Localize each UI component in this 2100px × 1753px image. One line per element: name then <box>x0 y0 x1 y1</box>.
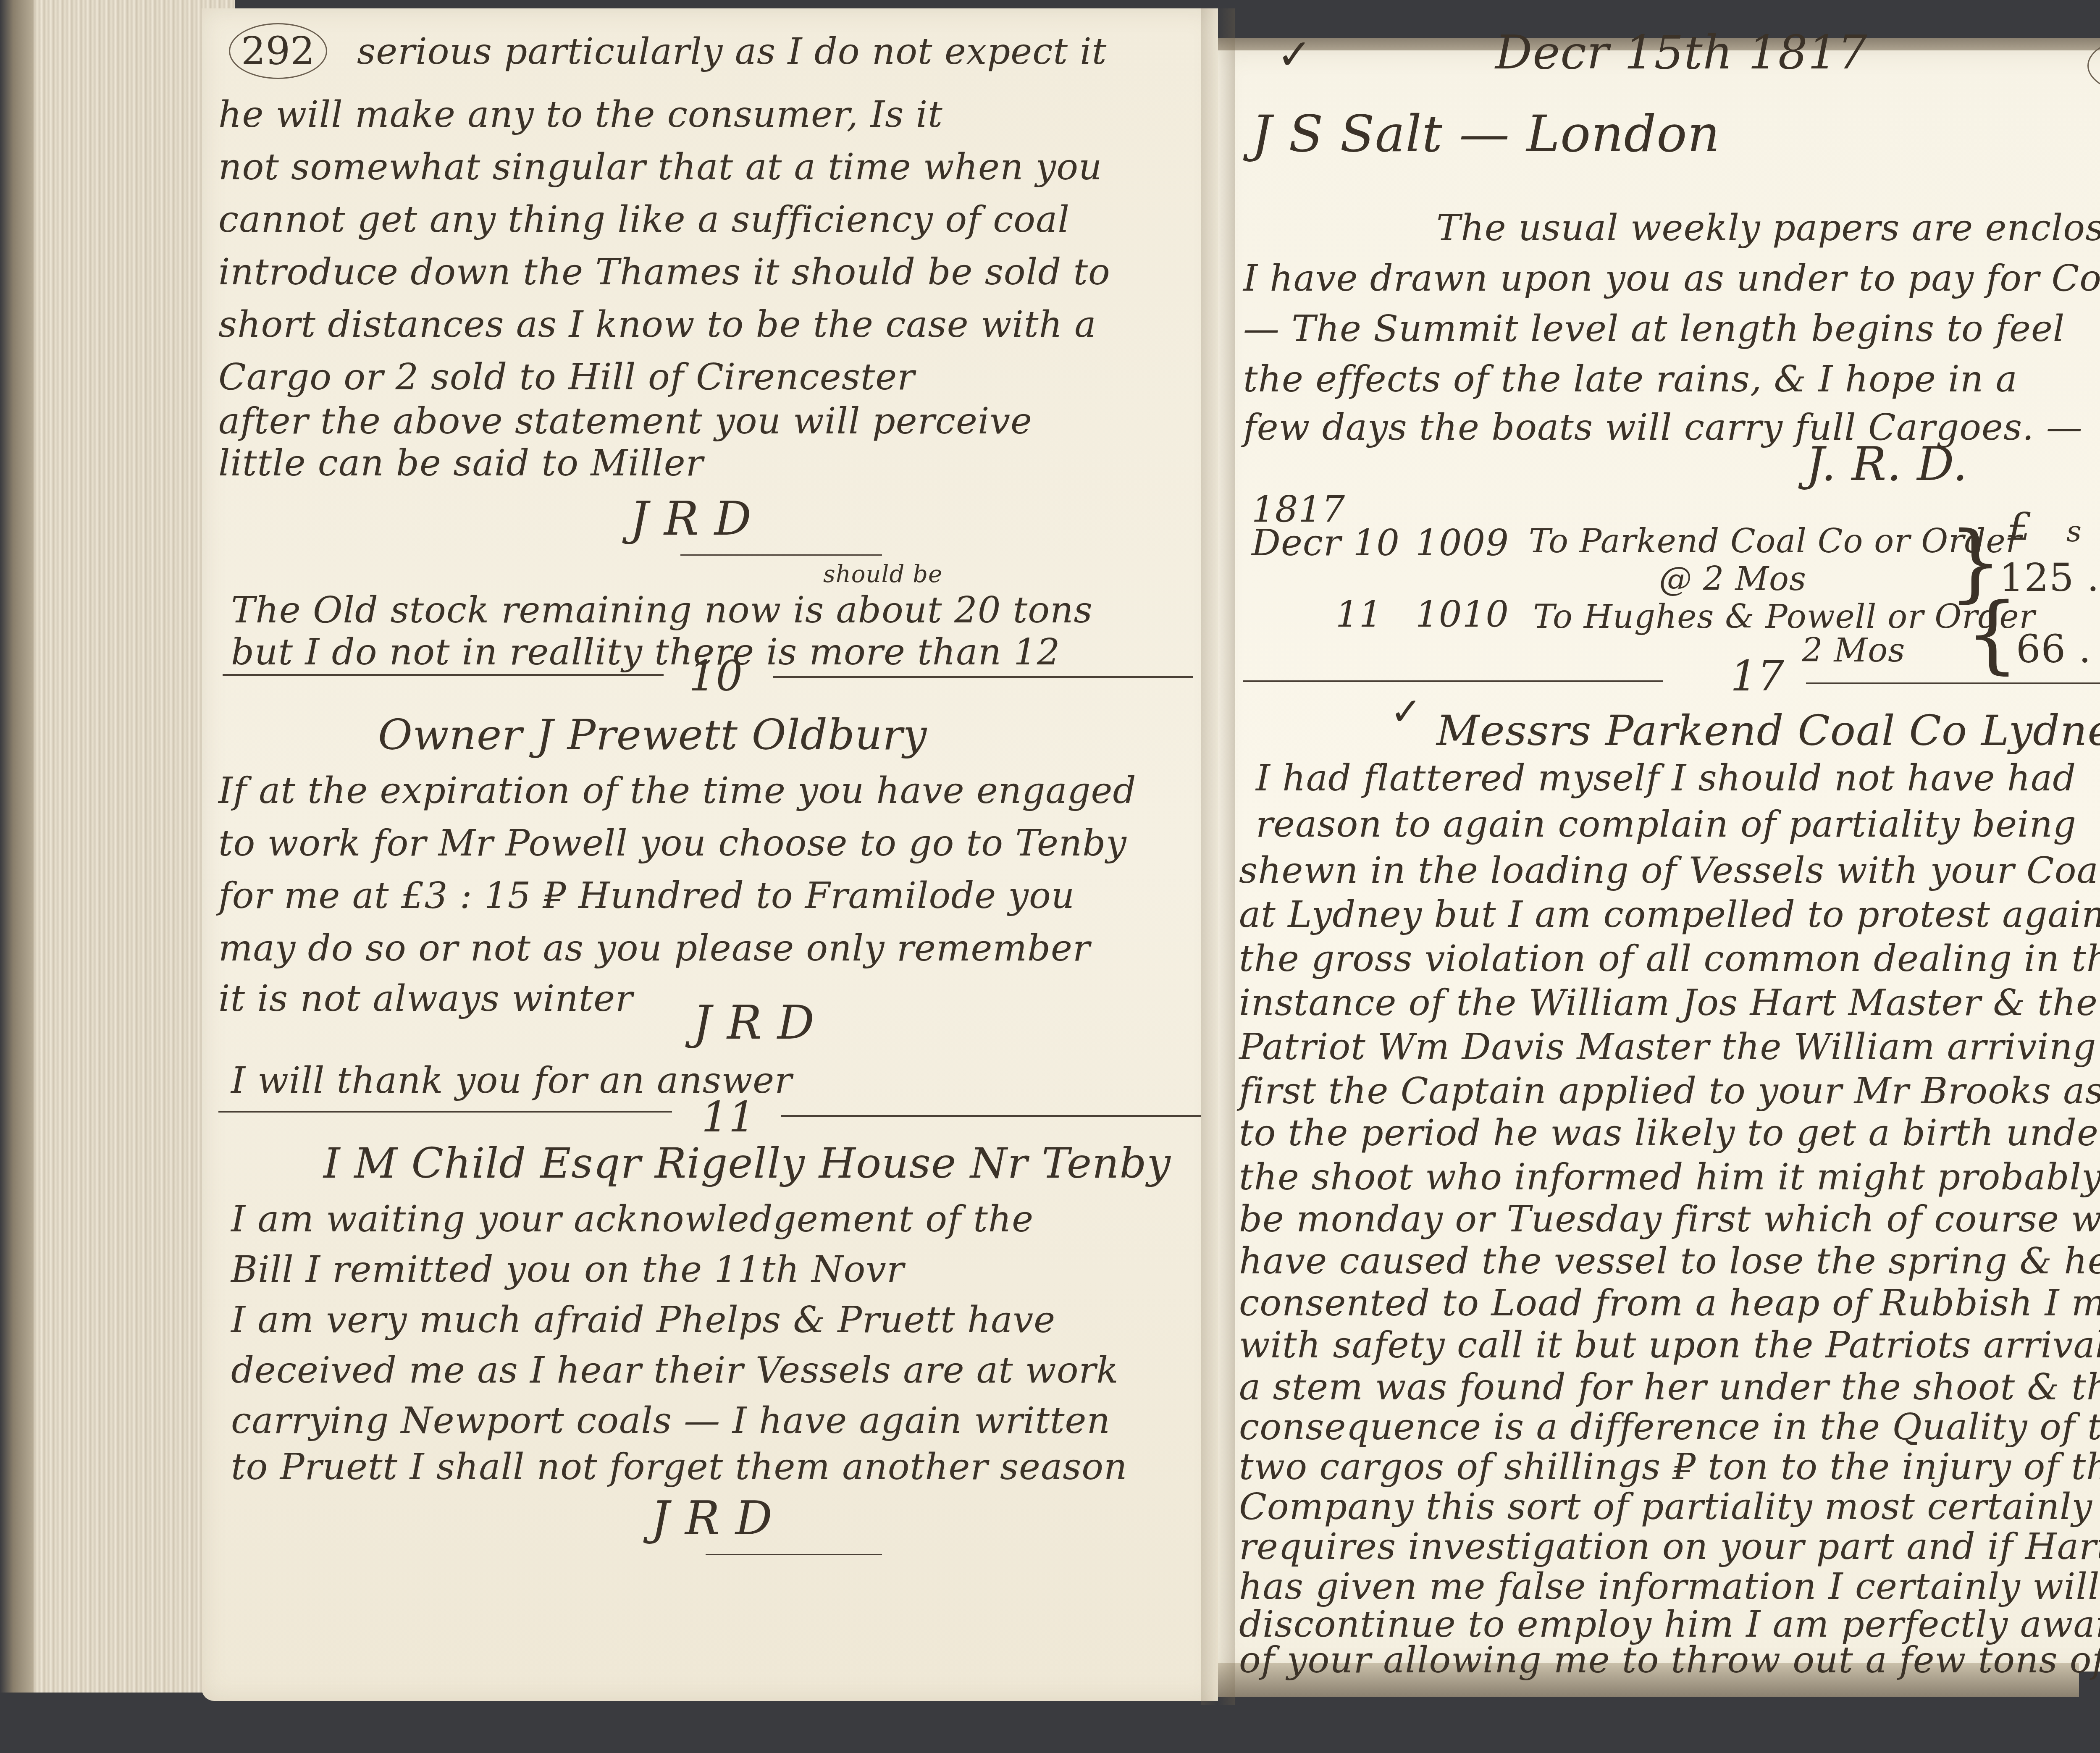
text-line: for me at £3 : 15 ₽ Hundred to Framilode… <box>218 878 1075 914</box>
book-gutter <box>1201 8 1235 1705</box>
text-line: Company this sort of partiality most cer… <box>1239 1489 2092 1525</box>
page-number-left: 292 <box>229 23 327 79</box>
torn-cover-edge <box>0 0 34 1693</box>
check-mark-icon: ✓ <box>1277 34 1312 76</box>
ledger-amount: 66 . 17 . 7 <box>2016 630 2100 669</box>
text-line: not somewhat singular that at a time whe… <box>218 149 1102 185</box>
text-line: serious particularly as I do not expect … <box>357 34 1107 70</box>
addressee: Messrs Parkend Coal Co Lydney <box>1436 710 2100 752</box>
ledger-date: 11 <box>1336 596 1382 632</box>
signature: J R D <box>630 496 752 542</box>
text-line: I have drawn upon you as under to pay fo… <box>1243 260 2100 297</box>
text-line: consequence is a difference in the Quali… <box>1239 1409 2100 1445</box>
addressee: Owner J Prewett Oldbury <box>378 714 927 756</box>
entry-divider <box>1243 680 1663 682</box>
signature-underline <box>680 554 882 556</box>
text-line: it is not always winter <box>218 981 633 1017</box>
text-line: cannot get any thing like a sufficiency … <box>218 202 1070 238</box>
text-line: be monday or Tuesday first which of cour… <box>1239 1201 2100 1237</box>
text-line: — The Summit level at length begins to f… <box>1243 311 2065 347</box>
brace: { <box>1966 592 2019 676</box>
text-line: The Old stock remaining now is about 20 … <box>231 592 1093 628</box>
text-line: I am very much afraid Phelps & Pruett ha… <box>231 1302 1055 1338</box>
text-line: The usual weekly papers are enclosed <box>1436 210 2100 246</box>
text-line: the gross violation of all common dealin… <box>1239 941 2100 977</box>
text-line: I had flattered myself I should not have… <box>1256 760 2076 796</box>
entry-divider <box>223 674 664 676</box>
book-page-edges <box>0 0 235 1693</box>
text-line: carrying Newport coals — I have again wr… <box>231 1403 1110 1439</box>
ledger-payee: To Parkend Coal Co or Order <box>1529 525 2022 558</box>
text-line: two cargos of shillings ₽ ton to the inj… <box>1239 1449 2100 1485</box>
text-line: a stem was found for her under the shoot… <box>1239 1369 2100 1405</box>
text-line: at Lydney but I am compelled to protest … <box>1239 897 2100 933</box>
text-line: instance of the William Jos Hart Master … <box>1239 985 2098 1021</box>
ledger-date: Decr 10 <box>1252 525 1400 561</box>
text-line: little can be said to Miller <box>218 445 703 481</box>
entry-divider <box>781 1115 1201 1117</box>
date-heading: Decr 15th 1817 <box>1495 29 1867 76</box>
text-line: reason to again complain of partiality b… <box>1256 806 2076 842</box>
text-line: Patriot Wm Davis Master the William arri… <box>1239 1029 2096 1065</box>
addressee: I M Child Esqr Rigelly House Nr Tenby <box>323 1142 1171 1184</box>
text-line: If at the expiration of the time you hav… <box>218 773 1137 809</box>
signature: J R D <box>651 1495 773 1541</box>
text-line: first the Captain applied to your Mr Bro… <box>1239 1073 2100 1109</box>
entry-date: 10 <box>689 655 743 697</box>
insertion-text: should be <box>823 563 942 586</box>
ledger-number: 1010 <box>1415 596 1509 632</box>
entry-divider <box>773 676 1193 678</box>
text-line: Bill I remitted you on the 11th Novr <box>231 1252 904 1288</box>
text-line: to work for Mr Powell you choose to go t… <box>218 825 1127 861</box>
entry-date: 17 <box>1730 655 1785 697</box>
text-line: after the above statement you will perce… <box>218 403 1032 439</box>
text-line: discontinue to employ him I am perfectly… <box>1239 1606 2100 1643</box>
text-line: short distances as I know to be the case… <box>218 307 1097 343</box>
text-line: the shoot who informed him it might prob… <box>1239 1159 2100 1195</box>
entry-divider <box>1806 682 2100 684</box>
text-line: the effects of the late rains, & I hope … <box>1243 361 2018 397</box>
text-line: have caused the vessel to lose the sprin… <box>1239 1243 2100 1279</box>
text-line: but I do not in reallity there is more t… <box>231 634 1060 670</box>
check-mark-icon: ✓ <box>1390 693 1422 731</box>
text-line: with safety call it but upon the Patriot… <box>1239 1327 2100 1363</box>
text-line: deceived me as I hear their Vessels are … <box>231 1352 1119 1388</box>
signature-underline <box>706 1554 882 1555</box>
text-line: he will make any to the consumer, Is it <box>218 97 943 133</box>
entry-divider <box>218 1111 672 1113</box>
text-line: Cargo or 2 sold to Hill of Cirencester <box>218 359 915 395</box>
ledger-payee: To Hughes & Powell or Order <box>1533 601 2035 633</box>
text-line: to the period he was likely to get a bir… <box>1239 1115 2100 1151</box>
text-line: may do so or not as you please only reme… <box>218 930 1090 966</box>
ledger-terms: 2 Mos <box>1802 634 1905 667</box>
ledger-number: 1009 <box>1415 525 1509 561</box>
text-line: consented to Load from a heap of Rubbish… <box>1239 1285 2100 1321</box>
entry-date: 11 <box>701 1096 756 1138</box>
signature: J R D <box>693 1000 815 1046</box>
text-line: of your allowing me to throw out a few t… <box>1239 1642 2100 1678</box>
ledger-terms: @ 2 Mos <box>1659 563 1806 596</box>
text-line: introduce down the Thames it should be s… <box>218 254 1110 290</box>
text-line: shewn in the loading of Vessels with you… <box>1239 853 2100 889</box>
text-line: requires investigation on your part and … <box>1239 1529 2100 1565</box>
text-line: I am waiting your acknowledgement of the <box>231 1201 1034 1237</box>
signature: J. R. D. <box>1806 441 1968 487</box>
currency-shillings-header: s <box>2066 517 2082 546</box>
text-line: to Pruett I shall not forget them anothe… <box>231 1449 1128 1485</box>
addressee: J S Salt — London <box>1252 109 1720 160</box>
text-line: has given me false information I certain… <box>1239 1569 2100 1605</box>
